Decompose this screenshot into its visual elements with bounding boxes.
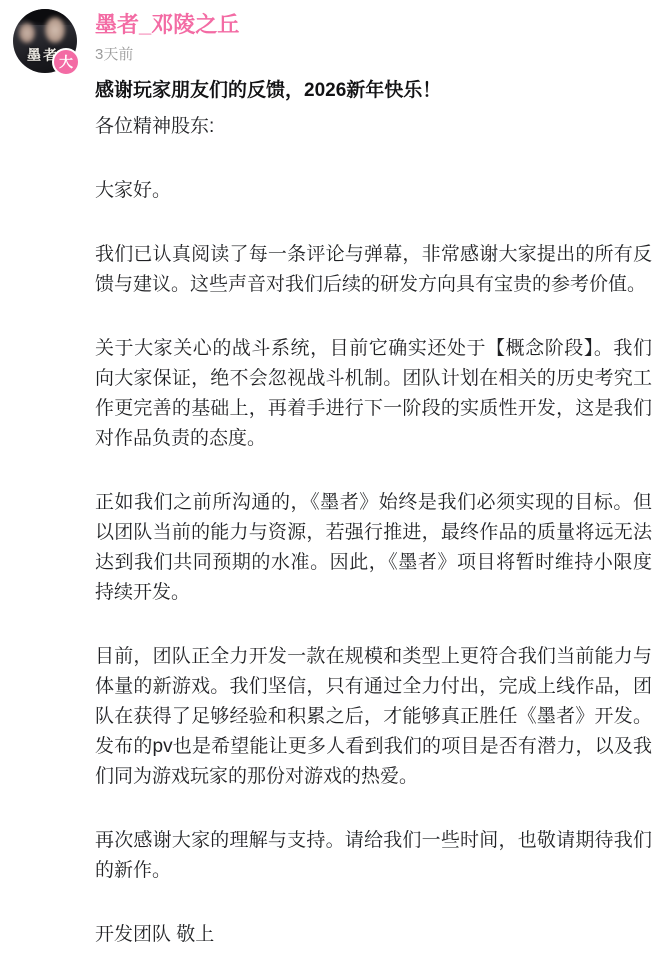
post-paragraph-combat-system: 关于大家关心的战斗系统，目前它确实还处于【概念阶段】。我们向大家保证，绝不会忽视… <box>95 334 652 454</box>
post-timestamp: 3天前 <box>95 45 652 65</box>
post-paragraph-feedback: 我们已认真阅读了每一条评论与弹幕，非常感谢大家提出的所有反馈与建议。这些声音对我… <box>95 240 652 300</box>
post-paragraph-hello: 大家好。 <box>95 176 652 206</box>
avatar-art-figure-right <box>45 17 65 43</box>
post-paragraph-thanks: 再次感谢大家的理解与支持。请给我们一些时间，也敬请期待我们的新作。 <box>95 826 652 886</box>
author-name[interactable]: 墨者_邓陵之丘 <box>95 0 239 39</box>
post-paragraph-signature: 开发团队 敬上 <box>95 920 652 950</box>
post-paragraph-project-status: 正如我们之前所沟通的，《墨者》始终是我们必须实现的目标。但以团队当前的能力与资源… <box>95 488 652 608</box>
post-body: 各位精神股东: 大家好。 我们已认真阅读了每一条评论与弹幕，非常感谢大家提出的所… <box>95 112 652 950</box>
post-content: 墨者_邓陵之丘 3天前 感谢玩家朋友们的反馈，2026新年快乐！ 各位精神股东:… <box>95 0 652 950</box>
avatar-art-hair <box>13 9 77 25</box>
post-paragraph-new-game: 目前，团队正全力开发一款在规模和类型上更符合我们当前能力与体量的新游戏。我们坚信… <box>95 642 652 792</box>
member-badge-label: 大 <box>59 52 73 72</box>
avatar-art-figure-left <box>19 23 35 43</box>
post-page: 墨者 大 墨者_邓陵之丘 3天前 感谢玩家朋友们的反馈，2026新年快乐！ 各位… <box>0 0 671 959</box>
member-badge: 大 <box>52 48 80 76</box>
post-paragraph-greeting-line: 各位精神股东: <box>95 112 652 142</box>
post-title: 感谢玩家朋友们的反馈，2026新年快乐！ <box>95 76 652 106</box>
